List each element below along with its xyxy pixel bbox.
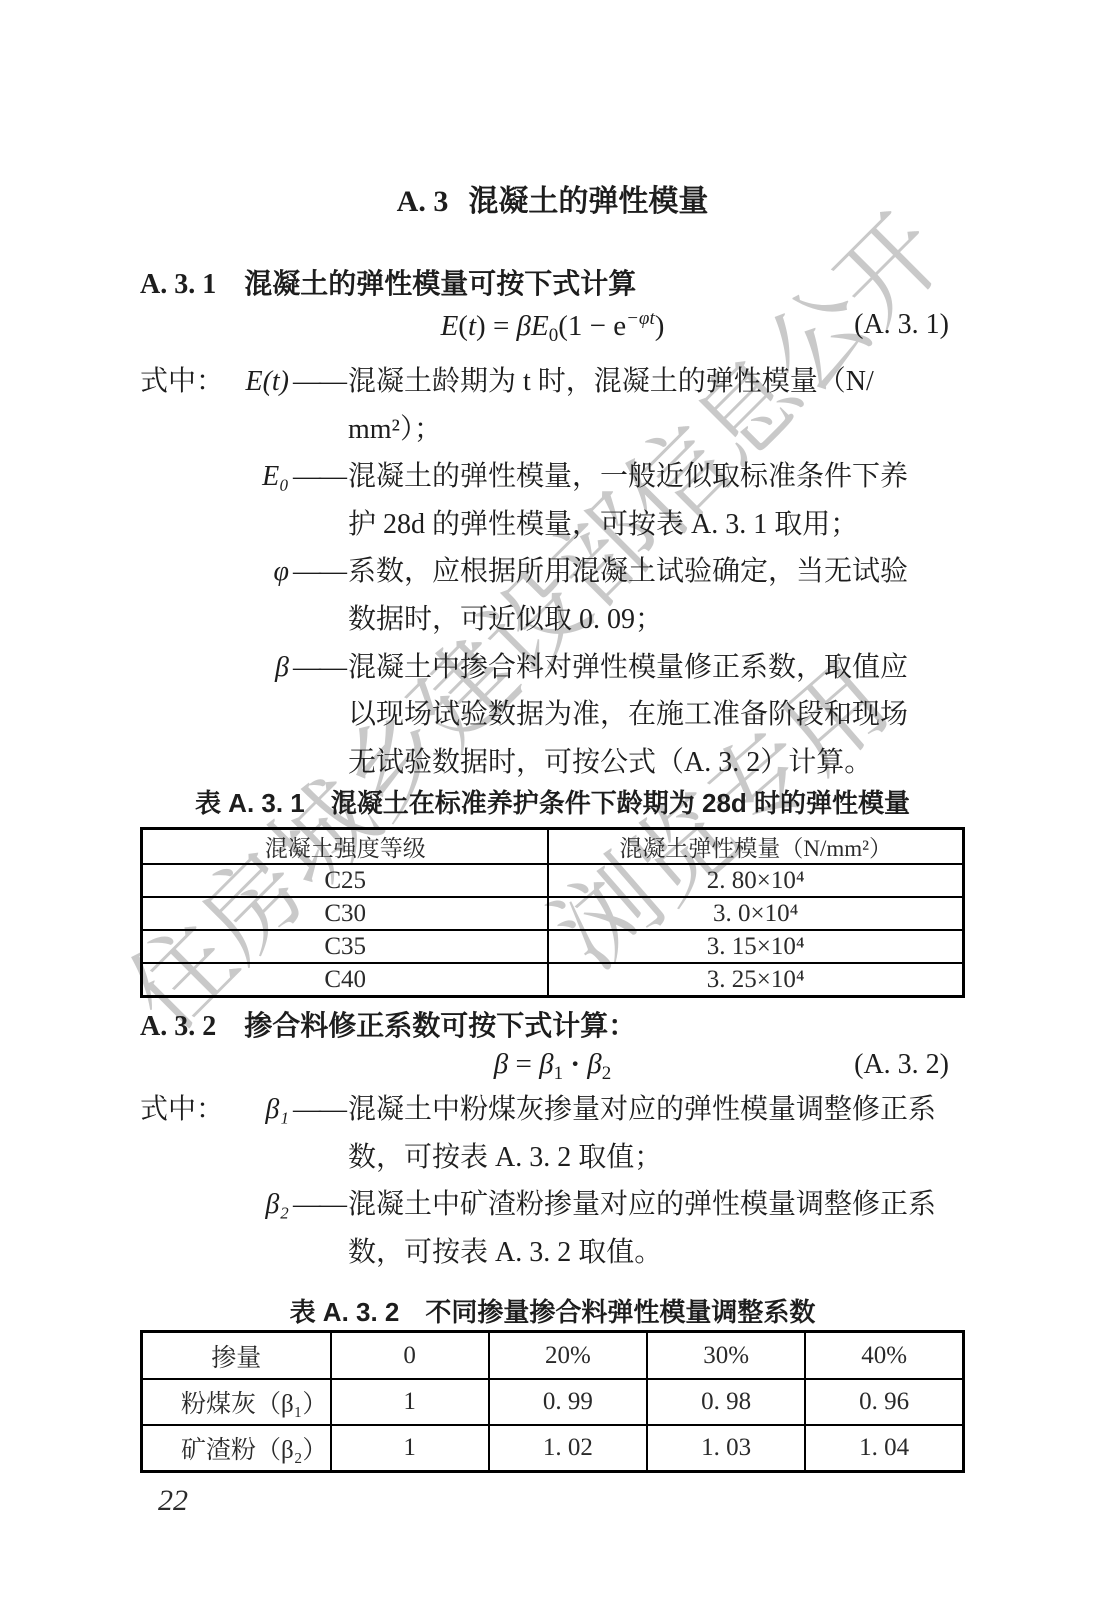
where-definitions-a31: 式中： E(t) —— 混凝土龄期为 t 时，混凝土的弹性模量（N/ mm²）；… [140, 358, 965, 786]
table-header-cell: 40% [805, 1332, 963, 1380]
elastic-modulus-table: 混凝土强度等级 混凝土弹性模量（N/mm²） C25 2. 80×10⁴ C30… [140, 827, 965, 998]
definition-line: 式中： β₁ —— 混凝土中粉煤灰掺量对应的弹性模量调整修正系 [140, 1086, 965, 1134]
symbol: β₁ [265, 1086, 289, 1134]
definition-head: β —— [140, 644, 345, 692]
symbol: E(t) [245, 358, 289, 406]
clause-heading-text: 混凝土的弹性模量可按下式计算 [244, 268, 636, 299]
formula-a32: β = β1 · β2 (A. 3. 2) [140, 1048, 965, 1085]
table-header-cell: 30% [647, 1332, 805, 1380]
table-row: 矿渣粉（β₂） 1 1. 02 1. 03 1. 04 [142, 1425, 964, 1472]
definition-line: β —— 混凝土中掺合料对弹性模量修正系数，取值应 [140, 644, 965, 692]
clause-number: A. 3. 2 [140, 1011, 216, 1042]
definition-line: 以现场试验数据为准，在施工准备阶段和现场 [140, 691, 965, 739]
definition-line: 护 28d 的弹性模量，可按表 A. 3. 1 取用； [140, 501, 965, 549]
definition-line: φ —— 系数，应根据所用混凝土试验确定，当无试验 [140, 548, 965, 596]
definition-line: E₀ —— 混凝土的弹性模量，一般近似取标准条件下养 [140, 453, 965, 501]
symbol: φ [274, 548, 290, 596]
symbol: E₀ [262, 453, 289, 501]
table-row: C30 3. 0×10⁴ [142, 897, 964, 930]
definition-line: 无试验数据时，可按公式（A. 3. 2）计算。 [140, 739, 965, 787]
table-cell: 1. 02 [489, 1425, 647, 1472]
table-row-label: 粉煤灰（β₁） [142, 1379, 331, 1425]
definition-text: 系数，应根据所用混凝土试验确定，当无试验 [348, 548, 908, 596]
definition-text: 混凝土中掺合料对弹性模量修正系数，取值应 [348, 644, 908, 692]
definition-head: E₀ —— [140, 453, 345, 501]
clause-number: A. 3. 1 [140, 269, 216, 300]
table-cell: 3. 15×10⁴ [548, 930, 963, 963]
table-header-cell: 混凝土弹性模量（N/mm²） [548, 829, 963, 865]
definition-line: mm²）； [140, 406, 965, 454]
clause-a32-heading: A. 3. 2掺合料修正系数可按下式计算： [140, 1004, 636, 1044]
table-cell: C25 [142, 864, 549, 897]
section-title-text: 混凝土的弹性模量 [468, 185, 708, 218]
table-cell: 1. 04 [805, 1425, 963, 1472]
symbol: β₂ [265, 1181, 289, 1229]
equation-number: (A. 3. 1) [854, 309, 949, 341]
equation-number: (A. 3. 2) [854, 1049, 949, 1081]
definition-text: 混凝土龄期为 t 时，混凝土的弹性模量（N/ [348, 358, 874, 406]
section-title: A. 3混凝土的弹性模量 [140, 176, 965, 220]
table-row: C25 2. 80×10⁴ [142, 864, 964, 897]
table-header-row: 混凝土强度等级 混凝土弹性模量（N/mm²） [142, 829, 964, 865]
definition-dash: —— [293, 644, 345, 692]
table-cell: 1 [331, 1379, 489, 1425]
definition-line: 数，可按表 A. 3. 2 取值； [140, 1134, 965, 1182]
table-header-cell: 0 [331, 1332, 489, 1380]
table-header-cell: 掺量 [142, 1332, 331, 1380]
table-cell: C30 [142, 897, 549, 930]
definition-text: 护 28d 的弹性模量，可按表 A. 3. 1 取用； [348, 501, 858, 549]
definition-line: β₂ —— 混凝土中矿渣粉掺量对应的弹性模量调整修正系 [140, 1181, 965, 1229]
table-cell: 1 [331, 1425, 489, 1472]
definition-dash: —— [293, 358, 345, 406]
table-cell: 3. 0×10⁴ [548, 897, 963, 930]
definition-line: 数，可按表 A. 3. 2 取值。 [140, 1229, 965, 1277]
table-header-cell: 20% [489, 1332, 647, 1380]
definition-text: 混凝土中粉煤灰掺量对应的弹性模量调整修正系 [348, 1086, 936, 1134]
table-header-cell: 混凝土强度等级 [142, 829, 549, 865]
formula-a31-expression: E(t) = βE0(1 − e−φt) [441, 310, 665, 342]
table-cell: 3. 25×10⁴ [548, 963, 963, 997]
definition-dash: —— [293, 453, 345, 501]
clause-heading-text: 掺合料修正系数可按下式计算： [244, 1010, 636, 1041]
page-content: A. 3混凝土的弹性模量 A. 3. 1混凝土的弹性模量可按下式计算 E(t) … [0, 0, 1104, 1600]
definition-head: φ —— [140, 548, 345, 596]
adjustment-coefficient-table: 掺量 0 20% 30% 40% 粉煤灰（β₁） 1 0. 99 0. 98 0… [140, 1330, 965, 1473]
table-cell: 0. 99 [489, 1379, 647, 1425]
where-label: 式中： [140, 358, 224, 406]
section-number: A. 3 [397, 185, 449, 218]
document-page: 住房城乡建设部信息公开 浏览专用 A. 3混凝土的弹性模量 A. 3. 1混凝土… [0, 0, 1104, 1600]
where-label: 式中： [140, 1086, 224, 1134]
definition-text: 混凝土中矿渣粉掺量对应的弹性模量调整修正系 [348, 1181, 936, 1229]
table-cell: C35 [142, 930, 549, 963]
definition-head: β₂ —— [140, 1181, 345, 1229]
table-cell: 1. 03 [647, 1425, 805, 1472]
definition-text: 以现场试验数据为准，在施工准备阶段和现场 [348, 691, 908, 739]
page-number: 22 [158, 1484, 188, 1518]
where-definitions-a32: 式中： β₁ —— 混凝土中粉煤灰掺量对应的弹性模量调整修正系 数，可按表 A.… [140, 1086, 965, 1276]
definition-head: 式中： E(t) —— [140, 358, 345, 406]
table-cell: 0. 96 [805, 1379, 963, 1425]
definition-text: mm²）； [348, 406, 442, 454]
definition-text: 数，可按表 A. 3. 2 取值。 [348, 1229, 662, 1277]
table-cell: C40 [142, 963, 549, 997]
clause-a31-heading: A. 3. 1混凝土的弹性模量可按下式计算 [140, 262, 636, 302]
definition-dash: —— [293, 1181, 345, 1229]
formula-a32-expression: β = β1 · β2 [494, 1048, 611, 1080]
table-row-label: 矿渣粉（β₂） [142, 1425, 331, 1472]
table-row: C35 3. 15×10⁴ [142, 930, 964, 963]
definition-head: 式中： β₁ —— [140, 1086, 345, 1134]
definition-text: 数，可按表 A. 3. 2 取值； [348, 1134, 662, 1182]
table-row: C40 3. 25×10⁴ [142, 963, 964, 997]
definition-line: 式中： E(t) —— 混凝土龄期为 t 时，混凝土的弹性模量（N/ [140, 358, 965, 406]
definition-dash: —— [293, 548, 345, 596]
formula-a31: E(t) = βE0(1 − e−φt) (A. 3. 1) [140, 308, 965, 347]
table-row: 粉煤灰（β₁） 1 0. 99 0. 98 0. 96 [142, 1379, 964, 1425]
table-cell: 2. 80×10⁴ [548, 864, 963, 897]
symbol: β [275, 644, 289, 692]
table-a32-caption: 表 A. 3. 2 不同掺量掺合料弹性模量调整系数 [140, 1292, 965, 1329]
table-header-row: 掺量 0 20% 30% 40% [142, 1332, 964, 1380]
definition-text: 混凝土的弹性模量，一般近似取标准条件下养 [348, 453, 908, 501]
definition-line: 数据时，可近似取 0. 09； [140, 596, 965, 644]
definition-text: 无试验数据时，可按公式（A. 3. 2）计算。 [348, 739, 872, 787]
definition-text: 数据时，可近似取 0. 09； [348, 596, 663, 644]
table-cell: 0. 98 [647, 1379, 805, 1425]
table-a31-caption: 表 A. 3. 1 混凝土在标准养护条件下龄期为 28d 时的弹性模量 [140, 783, 965, 820]
definition-dash: —— [293, 1086, 345, 1134]
